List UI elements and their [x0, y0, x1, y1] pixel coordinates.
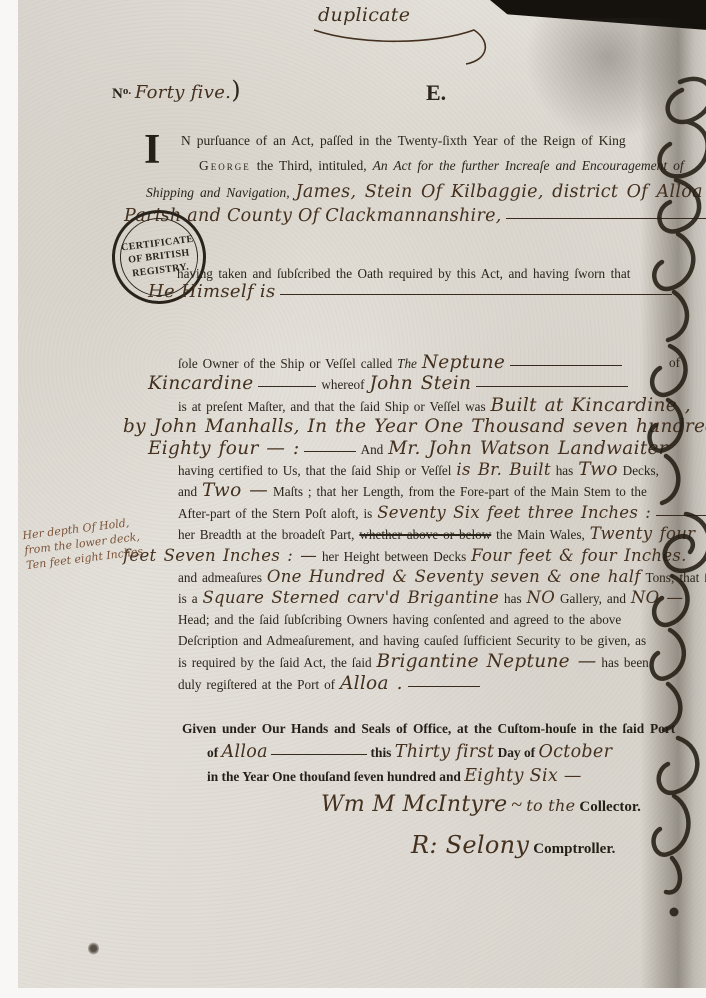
print-text: Day of: [498, 745, 536, 760]
print-text: Gallery, and: [560, 591, 626, 606]
blank-rule: [408, 684, 480, 687]
body-line-13: Head; and the ſaid ſubſcribing Owners ha…: [178, 609, 670, 630]
tonnage-entry: One Hundred & Seventy seven & one half: [267, 567, 641, 586]
print-text: of: [207, 745, 218, 760]
blank-rule: [510, 363, 622, 366]
body-line-15: is required by the ſaid Act, the ſaid Br…: [178, 651, 670, 672]
signature-flourish: ~: [511, 794, 522, 816]
built-type-entry: is Br. Built: [456, 460, 550, 479]
collector-signature-line: Wm M McIntyre ~ to the Collector.: [321, 792, 641, 817]
stern-type-entry: Square Sterned carv'd Brigantine: [202, 588, 499, 607]
blank-rule: [258, 384, 316, 387]
blank-rule: [476, 384, 628, 387]
decks-entry: Two: [578, 459, 618, 480]
preamble-line-2-text: the Third, intituled,: [257, 158, 367, 173]
master-name-entry: John Stein: [369, 373, 471, 394]
ink-spot: [88, 942, 99, 955]
blank-rule: [280, 292, 672, 295]
print-text: and admeaſures: [178, 570, 262, 585]
print-text: After-part of the Stern Poſt aloft, is: [178, 506, 372, 521]
print-text: has: [504, 591, 522, 606]
print-text: duly regiſtered at the Port of: [178, 677, 335, 692]
act-title-part-2: Shipping and Navigation,: [146, 185, 290, 200]
print-text: ſole Owner of the Ship or Veſſel called: [178, 356, 392, 371]
body-line-7: and Two — Maſts ; that her Length, from …: [178, 480, 670, 501]
body-line-14: Deſcription and Admeaſurement, and havin…: [178, 630, 670, 651]
no-label-sup: o.: [123, 85, 131, 97]
body-line-1: ſole Owner of the Ship or Veſſel called …: [178, 352, 670, 373]
print-text: in the Year One thouſand ſeven hundred a…: [207, 769, 461, 784]
body-line-10: feet Seven Inches : — her Height between…: [123, 545, 670, 566]
blank-rule: [304, 449, 356, 452]
body-line-6: having certified to Us, that the ſaid Sh…: [178, 459, 670, 480]
preamble-line-3: Shipping and Navigation, James, Stein Of…: [146, 182, 703, 202]
body-line-2: Kincardine whereof John Stein: [148, 373, 670, 394]
collector-signature: Wm M McIntyre: [321, 792, 507, 817]
duplicate-underline-flourish: [306, 16, 506, 66]
collector-signature-suffix: to the: [526, 796, 575, 815]
print-text: is at preſent Maſter, and that the ſaid …: [178, 399, 486, 414]
print-text: The: [397, 356, 417, 371]
closing-port-entry: Alloa: [222, 742, 268, 762]
oath-entry: He Himself is: [148, 281, 276, 302]
builder-year-entry: by John Manhalls, In the Year One Thousa…: [123, 416, 706, 437]
print-text: Maſts ; that her Length, from the Fore-p…: [273, 484, 647, 499]
closing-line-2: of Alloa this Thirty first Day of Octobe…: [207, 742, 612, 762]
body-line-4: by John Manhalls, In the Year One Thousa…: [123, 416, 670, 437]
oath-line: having taken and ſubſcribed the Oath req…: [177, 266, 630, 282]
year-entry: Eighty Six —: [464, 766, 581, 786]
gallery-entry: NO: [527, 588, 556, 607]
print-text: her Breadth at the broadeſt Part,: [178, 527, 354, 542]
length-entry: Seventy Six feet three Inches :: [377, 503, 651, 522]
preamble-line-2: George the Third, intituled, An Act for …: [199, 158, 684, 174]
closing-line-1: Given under Our Hands and Seals of Offic…: [182, 721, 675, 737]
vessel-name-entry: Neptune: [422, 352, 505, 373]
body-line-12: is a Square Sterned carv'd Brigantine ha…: [178, 587, 670, 608]
month-entry: October: [539, 742, 613, 762]
registry-port-entry: Alloa .: [340, 673, 403, 694]
closing-line-3: in the Year One thouſand ſeven hundred a…: [207, 766, 582, 786]
blank-rule: [271, 752, 367, 755]
print-text: And: [361, 442, 384, 457]
drop-cap: I: [144, 129, 160, 171]
comptroller-signature: R: Selony: [411, 831, 529, 859]
king-name: George: [199, 158, 251, 173]
print-text: and: [178, 484, 197, 499]
body-line-16: duly regiſtered at the Port of Alloa .: [178, 673, 670, 694]
print-text: this: [371, 745, 392, 760]
registry-number: No. Forty five.): [112, 76, 241, 104]
closing-paren: ): [231, 76, 240, 104]
no-label: N: [112, 86, 123, 102]
body-line-8: After-part of the Stern Poſt aloft, is S…: [178, 502, 670, 523]
series-letter: E.: [426, 80, 446, 106]
masts-entry: Two —: [202, 480, 268, 501]
document-page: duplicate No. Forty five.) E. I N purſua…: [18, 0, 706, 988]
preamble-line-4: Parish and County Of Clackmannanshire,: [124, 206, 706, 226]
marginal-calligraphy-flourish: [628, 68, 706, 928]
surveyor-name-entry: Mr. John Watson Landwaiter: [388, 438, 668, 459]
body-line-3: is at preſent Maſter, and that the ſaid …: [178, 395, 670, 416]
print-text: is a: [178, 591, 198, 606]
body-line-11: and admeaſures One Hundred & Seventy sev…: [178, 566, 670, 587]
breadth-entry-2: feet Seven Inches : —: [123, 546, 317, 565]
preamble-line-1: N purſuance of an Act, paſſed in the Twe…: [181, 133, 626, 149]
print-text: is required by the ſaid Act, the ſaid: [178, 655, 372, 670]
day-entry: Thirty first: [395, 742, 494, 762]
print-text: her Height between Decks: [322, 549, 466, 564]
print-text: having certified to Us, that the ſaid Sh…: [178, 463, 451, 478]
print-text: whereof: [321, 377, 364, 392]
body-line-9: her Breadth at the broadeſt Part, whethe…: [178, 523, 670, 544]
body-line-5: Eighty four — : And Mr. John Watson Land…: [148, 438, 670, 459]
certificate-body: ſole Owner of the Ship or Veſſel called …: [178, 352, 670, 694]
print-text: the Main Wales,: [496, 527, 585, 542]
build-year-entry: Eighty four — :: [148, 438, 299, 459]
print-text: has: [556, 463, 574, 478]
comptroller-title: Comptroller.: [533, 841, 615, 857]
registry-number-value: Forty five.: [135, 82, 231, 103]
oath-entry-line: He Himself is: [148, 281, 672, 302]
struck-through-text: whether above or below: [359, 527, 491, 542]
port-entry: Kincardine: [148, 373, 254, 394]
vessel-type-name-entry: Brigantine Neptune —: [376, 651, 596, 672]
comptroller-signature-line: R: Selony Comptroller.: [411, 831, 615, 859]
